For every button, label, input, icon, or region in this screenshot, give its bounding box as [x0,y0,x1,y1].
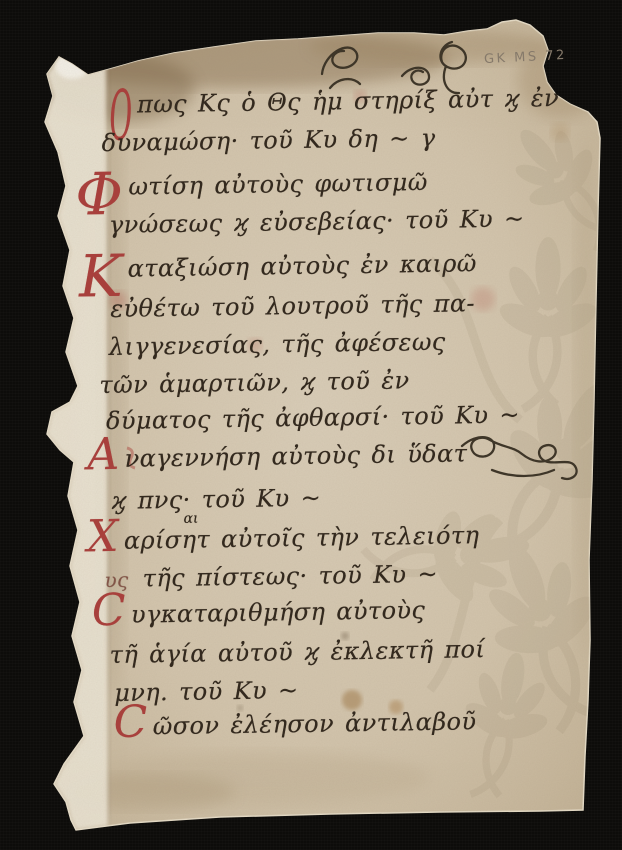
leaf-surface-detail [30,10,622,840]
manuscript-photo: GK MS 72 Ο πως Κς ὁ Θς ἡμ στηρίξ αὐτ ϗ ἐ… [0,0,622,850]
parchment-grain [30,10,610,840]
leaf-artwork [0,0,622,850]
